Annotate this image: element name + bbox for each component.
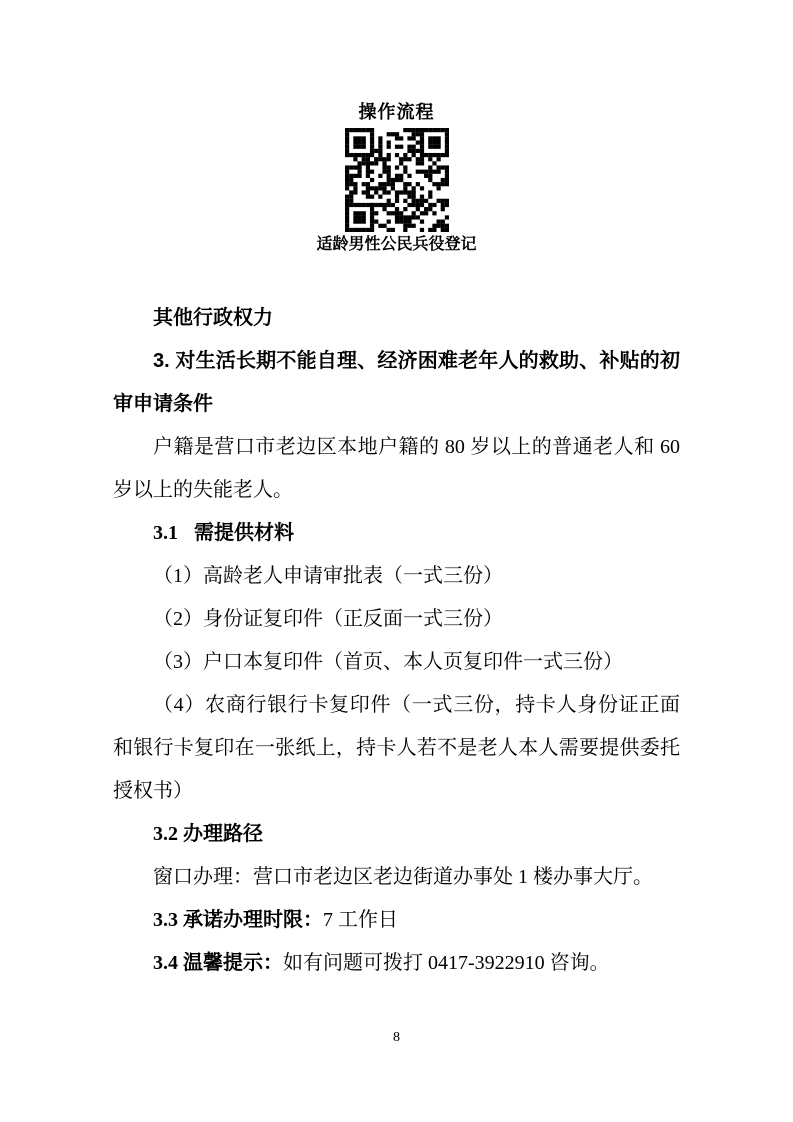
s33-value: 7 工作日 xyxy=(323,909,398,931)
material-item-3: （3）户口本复印件（首页、本人页复印件一式三份） xyxy=(113,641,680,684)
page-number: 8 xyxy=(0,1030,793,1046)
s34-line: 3.4 温馨提示：如有问题可拨打 0417-3922910 咨询。 xyxy=(113,942,680,985)
material-item-1: （1）高龄老人申请审批表（一式三份） xyxy=(113,555,680,598)
s32-heading: 3.2 办理路径 xyxy=(113,813,680,856)
s33-label: 3.3 承诺办理时限： xyxy=(153,909,323,931)
s34-label: 3.4 温馨提示： xyxy=(153,952,283,974)
item3-heading: 3. 对生活长期不能自理、经济困难老年人的救助、补贴的初审申请条件 xyxy=(113,340,680,426)
material-item-2: （2）身份证复印件（正反面一式三份） xyxy=(113,598,680,641)
s32-body-paragraph: 窗口办理：营口市老边区老边街道办事处 1 楼办事大厅。 xyxy=(113,856,680,899)
qr-code-icon xyxy=(345,128,449,232)
document-page: 操作流程 适龄男性公民兵役登记 其他行政权力 3. 对生活长期不能自理、经济困难… xyxy=(0,0,793,1122)
s33-line: 3.3 承诺办理时限：7 工作日 xyxy=(113,899,680,942)
item3-body-paragraph: 户籍是营口市老边区本地户籍的 80 岁以上的普通老人和 60 岁以上的失能老人。 xyxy=(113,426,680,512)
qr-section-title: 操作流程 xyxy=(0,100,793,124)
material-item-4: （4）农商行银行卡复印件（一式三份，持卡人身份证正面和银行卡复印在一张纸上，持卡… xyxy=(113,684,680,813)
qr-caption: 适龄男性公民兵役登记 xyxy=(0,234,793,256)
s34-value: 如有问题可拨打 0417-3922910 咨询。 xyxy=(283,952,610,974)
section-heading: 其他行政权力 xyxy=(113,297,680,340)
document-body: 其他行政权力 3. 对生活长期不能自理、经济困难老年人的救助、补贴的初审申请条件… xyxy=(113,297,680,985)
s31-heading: 3.1需提供材料 xyxy=(113,512,680,555)
qr-section: 操作流程 适龄男性公民兵役登记 xyxy=(0,100,793,256)
s31-title: 需提供材料 xyxy=(194,522,294,544)
s31-number: 3.1 xyxy=(153,522,178,544)
